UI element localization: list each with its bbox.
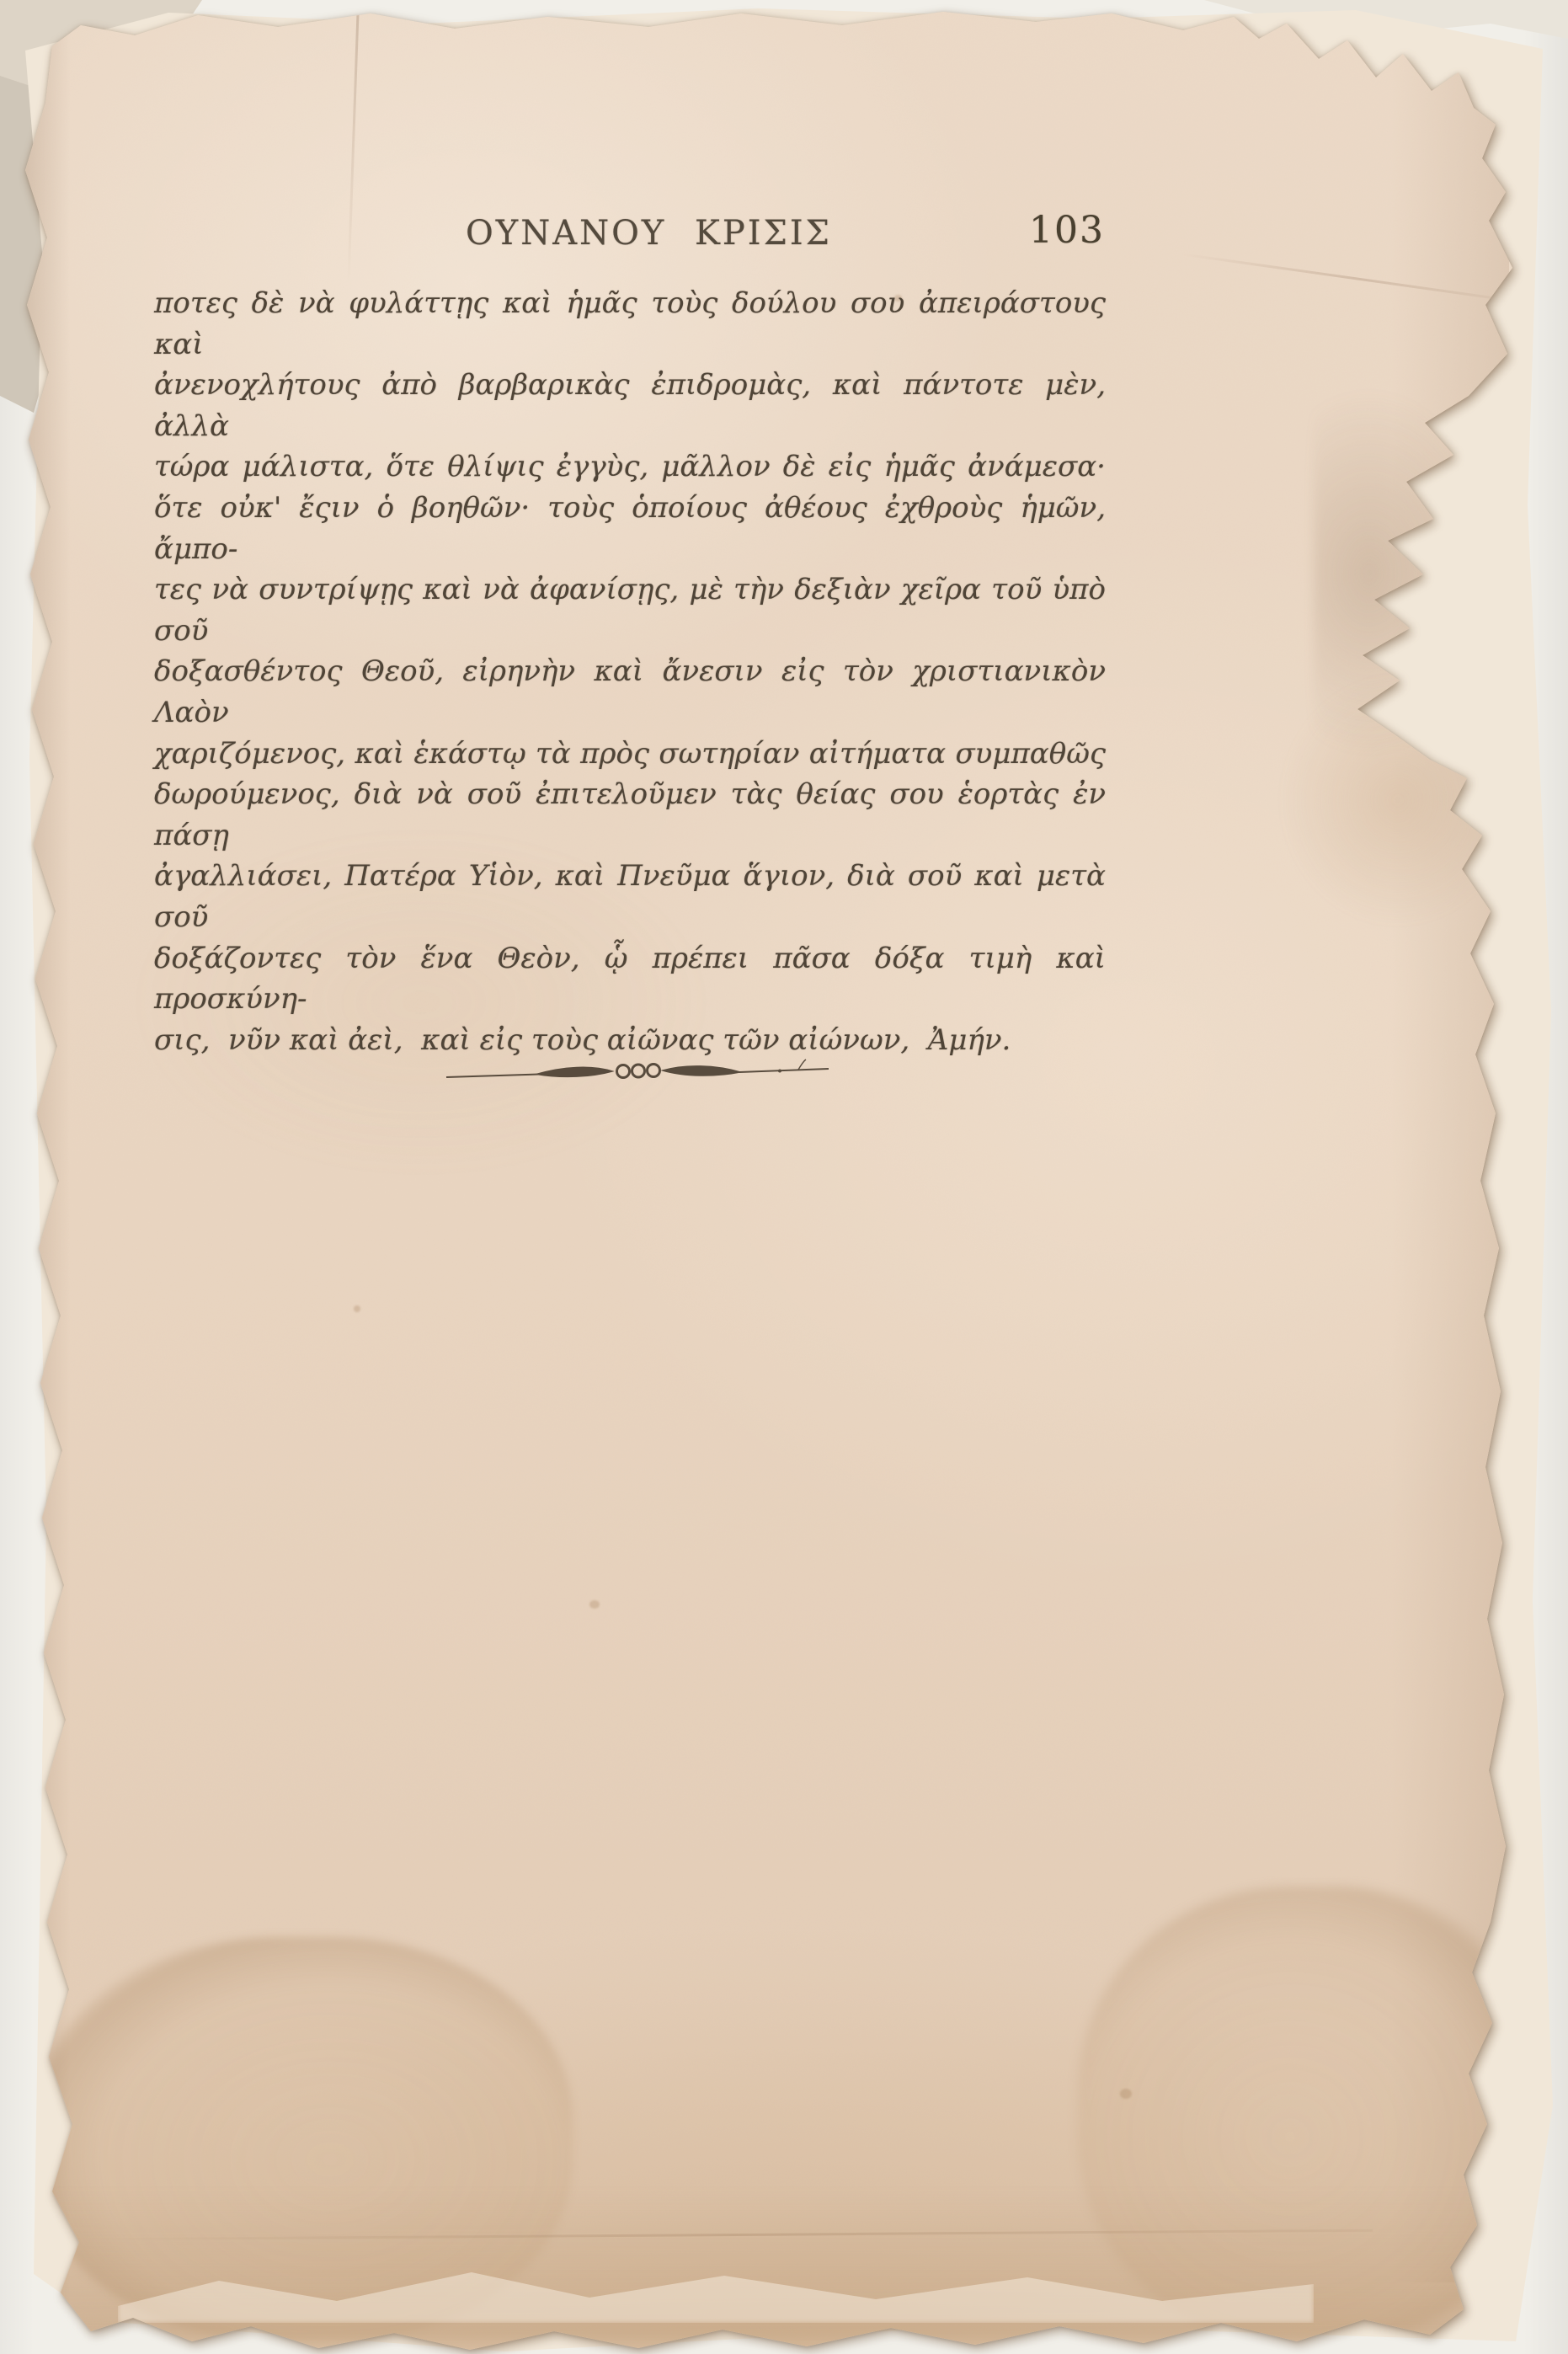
foxing-spot: [354, 1305, 360, 1312]
text-line: ὅτε οὐκ' ἔςιν ὁ βοηθῶν· τοὺς ὁποίους ἀθέ…: [154, 488, 1106, 569]
running-header-title: ΟΥΝΑΝΟΥ ΚΡΙΣΙΣ: [466, 214, 832, 253]
book-page: ΟΥΝΑΝΟΥ ΚΡΙΣΙΣ 103 ποτες δὲ νὰ φυλάττῃς …: [0, 0, 1568, 2354]
text-line: ἀνενοχλήτους ἀπὸ βαρβαρικὰς ἐπιδρομὰς, κ…: [154, 365, 1106, 446]
text-line: δωρούμενος, διὰ νὰ σοῦ ἐπιτελοῦμεν τὰς θ…: [154, 774, 1106, 856]
text-line: δοξάζοντες τὸν ἕνα Θεὸν, ᾧ πρέπει πᾶσα δ…: [154, 938, 1106, 1020]
scanned-book-page: { "document": { "header": { "title": "ΟΥ…: [0, 0, 1568, 2354]
foxing-spot: [589, 1600, 600, 1609]
tear-shadow: [1314, 387, 1499, 758]
paper-crease: [347, 7, 360, 285]
page-number: 103: [1029, 209, 1105, 252]
text-line: χαριζόμενος, καὶ ἑκάστῳ τὰ πρὸς σωτηρίαν…: [154, 734, 1106, 775]
peeled-paper-strip: [118, 2264, 1314, 2323]
text-line: τώρα μάλιστα, ὅτε θλίψις ἐγγὺς, μᾶλλον δ…: [154, 446, 1106, 488]
text-line: ποτες δὲ νὰ φυλάττῃς καὶ ἡμᾶς τοὺς δούλο…: [154, 283, 1106, 365]
text-line: τες νὰ συντρίψῃς καὶ νὰ ἀφανίσῃς, μὲ τὴν…: [154, 569, 1106, 651]
page-edge-shading: [1391, 51, 1509, 2282]
text-line: ἀγαλλιάσει, Πατέρα Υἱὸν, καὶ Πνεῦμα ἅγιο…: [154, 856, 1106, 937]
page-edge-shading: [24, 34, 71, 2316]
foxing-spot: [1120, 2089, 1132, 2099]
page-shadow-wrapper: ΟΥΝΑΝΟΥ ΚΡΙΣΙΣ 103 ποτες δὲ νὰ φυλάττῃς …: [0, 0, 1568, 2354]
paper-crease: [93, 2229, 1373, 2241]
text-line: δοξασθέντος Θεοῦ, εἰρηνὴν καὶ ἄνεσιν εἰς…: [154, 651, 1106, 733]
ornamental-divider-rule: [445, 1054, 830, 1090]
body-text-paragraph: ποτες δὲ νὰ φυλάττῃς καὶ ἡμᾶς τοὺς δούλο…: [154, 283, 1106, 1060]
